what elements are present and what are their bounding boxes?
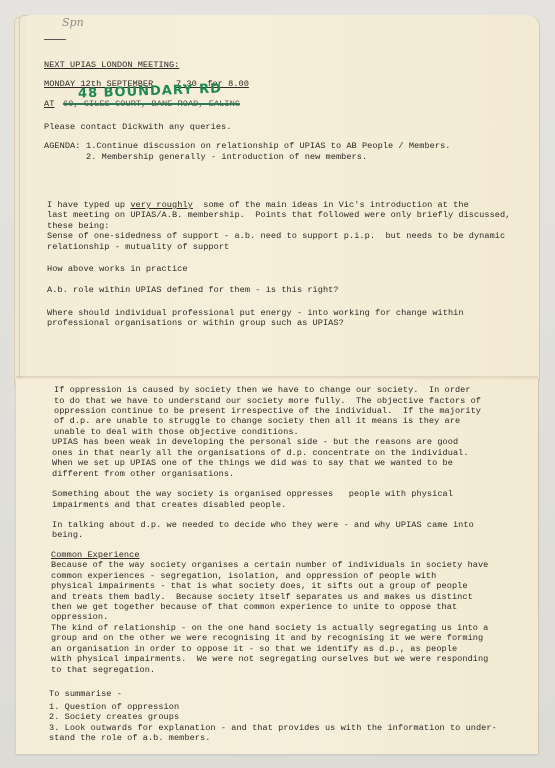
- body-line: with physical impairments. We were not s…: [51, 654, 488, 665]
- body-line: an organisation in order to oppose it - …: [51, 644, 457, 655]
- body-line: The kind of relationship - on the one ha…: [51, 623, 488, 634]
- body-line: of d.p. are unable to struggle to change…: [54, 416, 460, 427]
- contact-line: Please contact Dickwith any queries.: [44, 122, 231, 133]
- body-line: When we set up UPIAS one of the things w…: [52, 458, 453, 469]
- summary-heading: To summarise -: [49, 689, 122, 700]
- agenda-label: AGENDA:: [44, 141, 80, 152]
- point-line: How above works in practice: [47, 264, 188, 275]
- body-line: Because of the way society organises a c…: [51, 560, 488, 571]
- intro-line: these being:: [47, 221, 110, 232]
- intro-line: relationship - mutuality of support: [47, 242, 229, 253]
- body-line: If oppression is caused by society then …: [54, 385, 471, 396]
- summary-item: stand the role of a.b. members.: [49, 733, 210, 744]
- body-line: physical impairments - that is what soci…: [51, 581, 468, 592]
- body-line: to do that we have to understand our soc…: [54, 396, 481, 407]
- summary-item: 2. Society creates groups: [49, 712, 179, 723]
- fold-line: [16, 376, 538, 380]
- body-line: UPIAS has been weak in developing the pe…: [52, 437, 458, 448]
- body-line: to that segregation.: [51, 665, 155, 676]
- emphasis-underline: very roughly: [130, 200, 193, 210]
- body-line: ones in that nearly all the organisation…: [52, 448, 469, 459]
- professional-line: professional organisations or within gro…: [47, 318, 344, 329]
- section-heading-common-experience: Common Experience: [51, 550, 140, 561]
- intro-line: Sense of one-sidedness of support - a.b.…: [47, 231, 505, 242]
- location-prefix: AT: [44, 99, 54, 110]
- body-line: Something about the way society is organ…: [52, 489, 453, 500]
- body-line: oppression.: [51, 612, 108, 623]
- intro-line: I have typed up very roughly some of the…: [47, 200, 469, 211]
- body-line: In talking about d.p. we needed to decid…: [52, 520, 474, 531]
- point-line: A.b. role within UPIAS defined for them …: [47, 285, 339, 296]
- body-line: oppression continue to be present irresp…: [54, 406, 481, 417]
- body-line: different from other organisations.: [52, 469, 234, 480]
- body-line: then we get together because of that com…: [51, 602, 457, 613]
- pencil-dash: [44, 39, 66, 40]
- body-line: common experiences - segregation, isolat…: [51, 571, 436, 582]
- pencil-annotation: Spn: [62, 16, 84, 29]
- intro-line: last meeting on UPIAS/A.B. membership. P…: [47, 210, 510, 221]
- body-line: being.: [52, 530, 83, 541]
- body-line: impairments and that creates disabled pe…: [52, 500, 286, 511]
- agenda-item: 1.Continue discussion on relationship of…: [86, 141, 451, 152]
- summary-item: 1. Question of oppression: [49, 702, 179, 713]
- body-line: unable to deal with those objective cond…: [54, 427, 299, 438]
- professional-line: Where should individual professional put…: [47, 308, 464, 319]
- summary-item: 3. Look outwards for explanation - and t…: [49, 723, 497, 734]
- body-line: and treats them badly. Because society i…: [51, 592, 473, 603]
- agenda-item: 2. Membership generally - introduction o…: [86, 152, 367, 163]
- body-line: group and on the other we were recognisi…: [51, 633, 483, 644]
- meeting-heading: NEXT UPIAS LONDON MEETING:: [44, 60, 179, 71]
